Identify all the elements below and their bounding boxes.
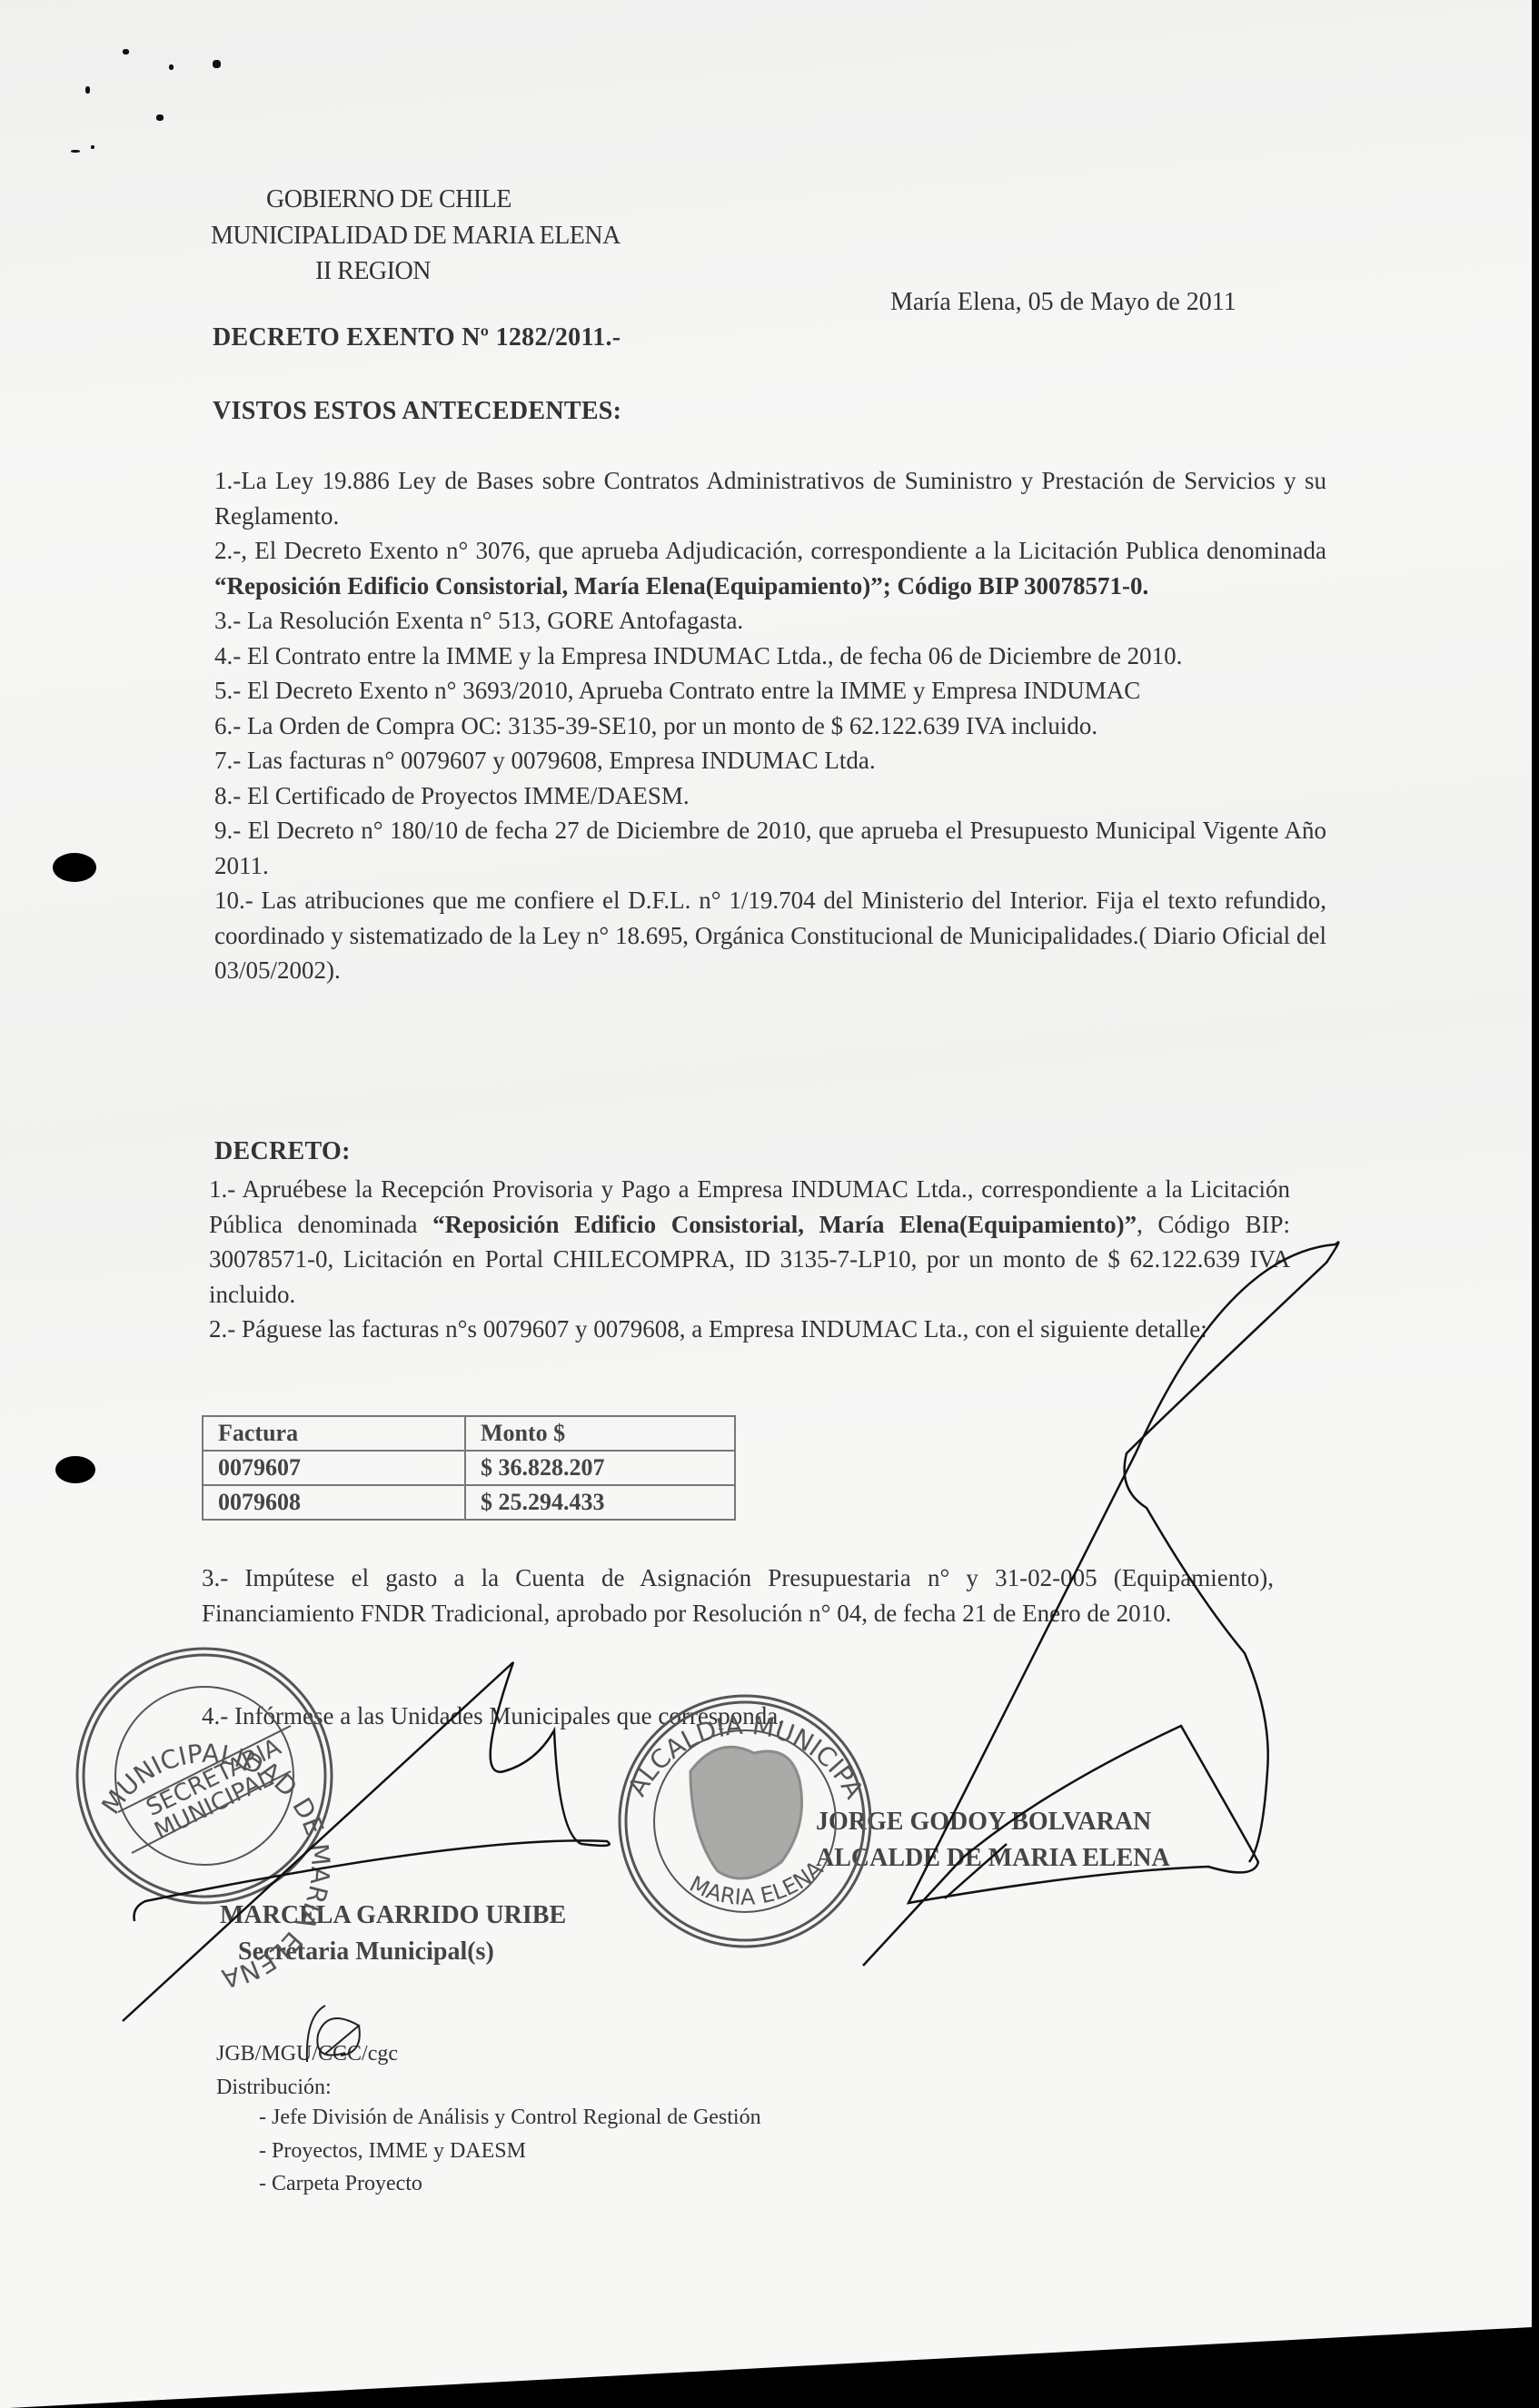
mayor-title: ALCALDE DE MARIA ELENA (816, 1844, 1170, 1873)
secretary-stamp (77, 1649, 332, 1903)
scan-speck (91, 145, 94, 149)
scan-speck (169, 64, 174, 70)
vistos-item: 2.-, El Decreto Exento n° 3076, que apru… (214, 533, 1326, 603)
gov-header-line1: GOBIERNO DE CHILE (266, 185, 511, 214)
vistos-heading: VISTOS ESTOS ANTECEDENTES: (213, 397, 621, 426)
vistos-item: 10.- Las atribuciones que me confiere el… (214, 883, 1326, 988)
scan-speck (123, 49, 129, 55)
table-row: 0079607 $ 36.828.207 (203, 1451, 735, 1485)
vistos-item: 1.-La Ley 19.886 Ley de Bases sobre Cont… (214, 463, 1326, 533)
decreto-item-3: 3.- Impútese el gasto a la Cuenta de Asi… (202, 1561, 1274, 1630)
table-header-cell: Factura (203, 1416, 465, 1451)
mayor-stamp-ring-text: MARIA ELENA (686, 1856, 829, 1910)
vistos-item: 9.- El Decreto n° 180/10 de fecha 27 de … (214, 813, 1326, 883)
decreto-item-1: 1.- Apruébese la Recepción Provisoria y … (209, 1172, 1290, 1312)
vistos-item: 5.- El Decreto Exento n° 3693/2010, Apru… (214, 673, 1326, 709)
vistos-item: 6.- La Orden de Compra OC: 3135-39-SE10,… (214, 709, 1326, 744)
invoice-table: Factura Monto $ 0079607 $ 36.828.207 007… (202, 1415, 736, 1521)
table-cell: 0079607 (203, 1451, 465, 1485)
vistos-item: 4.- El Contrato entre la IMME y la Empre… (214, 639, 1326, 674)
scan-speck (213, 60, 221, 68)
scan-speck (71, 150, 80, 153)
distribution-item: - Proyectos, IMME y DAESM (259, 2135, 526, 2168)
table-header-cell: Monto $ (465, 1416, 735, 1451)
initials: JGB/MGU/CCC/cgc (216, 2037, 398, 2071)
secretary-title: Secretaria Municipal(s) (238, 1937, 494, 1967)
vistos-list: 1.-La Ley 19.886 Ley de Bases sobre Cont… (214, 463, 1326, 988)
table-cell: $ 36.828.207 (465, 1451, 735, 1485)
decree-number: DECRETO EXENTO Nº 1282/2011.- (213, 323, 621, 352)
secretary-name: MARCELA GARRIDO URIBE (220, 1901, 566, 1930)
decreto-heading: DECRETO: (214, 1137, 351, 1166)
distribution-item: - Carpeta Proyecto (259, 2167, 422, 2201)
vistos-item: 7.- Las facturas n° 0079607 y 0079608, E… (214, 743, 1326, 778)
coat-of-arms-icon (690, 1747, 802, 1878)
scan-speck (85, 86, 90, 94)
document-page: GOBIERNO DE CHILE MUNICIPALIDAD DE MARIA… (0, 0, 1539, 2408)
table-cell: $ 25.294.433 (465, 1485, 735, 1520)
gov-header-line2: MUNICIPALIDAD DE MARIA ELENA (211, 222, 621, 251)
gov-header-line3: II REGION (315, 257, 431, 286)
vistos-item: 8.- El Certificado de Proyectos IMME/DAE… (214, 778, 1326, 814)
distribution-item: - Jefe División de Análisis y Control Re… (259, 2101, 761, 2135)
hole-punch (55, 1456, 95, 1483)
table-cell: 0079608 (203, 1485, 465, 1520)
table-header-row: Factura Monto $ (203, 1416, 735, 1451)
decreto-item-4: 4.- Infórmese a las Unidades Municipales… (202, 1699, 784, 1733)
vistos-item: 3.- La Resolución Exenta n° 513, GORE An… (214, 603, 1326, 639)
secretary-stamp-text: SECRETARIA (142, 1733, 285, 1822)
document-date: María Elena, 05 de Mayo de 2011 (890, 285, 1236, 320)
scan-speck (156, 114, 164, 121)
secretary-stamp-text: MUNICIPAL (150, 1765, 277, 1846)
mayor-name: JORGE GODOY BOLVARAN (816, 1808, 1151, 1837)
decreto-items: 1.- Apruébese la Recepción Provisoria y … (209, 1172, 1290, 1347)
decreto-item-2: 2.- Páguese las facturas n°s 0079607 y 0… (209, 1312, 1290, 1347)
hole-punch (53, 853, 96, 882)
distribution-label: Distribución: (216, 2071, 332, 2105)
table-row: 0079608 $ 25.294.433 (203, 1485, 735, 1520)
